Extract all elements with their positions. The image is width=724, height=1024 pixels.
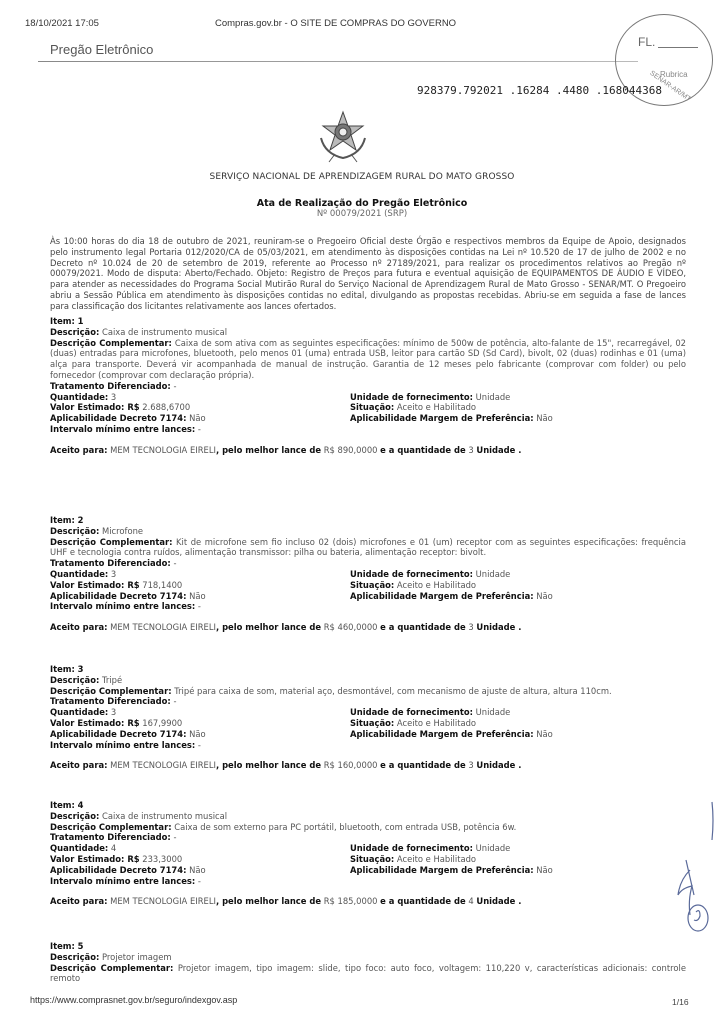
item-number-value: 2 [78, 515, 84, 525]
row-quantidade-left: Quantidade: 3 [50, 392, 350, 403]
quantidade-value: 3 [111, 392, 116, 402]
row-valor: Valor Estimado: R$ 233,3000Situação: Ace… [50, 854, 690, 865]
item-label: Item: [50, 941, 75, 951]
item-tratamento: Tratamento Diferenciado: - [50, 832, 690, 843]
descricao-value: Microfone [102, 526, 143, 536]
row-intervalo-left: Intervalo mínimo entre lances: - [50, 740, 350, 751]
row-aplicabilidade-right: Aplicabilidade Margem de Preferência: Nã… [350, 591, 680, 602]
valor_estimado-label: Valor Estimado: R$ [50, 580, 140, 590]
row-quantidade-right: Unidade de fornecimento: Unidade [350, 392, 680, 403]
aceito-para-label: Aceito para: [50, 622, 107, 632]
item-complementary-description: Descrição Complementar: Tripé para caixa… [50, 686, 686, 697]
tratamento-label: Tratamento Diferenciado: [50, 832, 171, 842]
situacao-label: Situação: [350, 854, 394, 864]
margem_preferencia-label: Aplicabilidade Margem de Preferência: [350, 865, 534, 875]
aceito-quantidade: 3 [468, 622, 473, 632]
tratamento-value: - [173, 696, 176, 706]
intervalo-value: - [198, 876, 201, 886]
row-valor-left: Valor Estimado: R$ 233,3000 [50, 854, 350, 865]
coat-of-arms-icon [315, 108, 371, 164]
situacao-label: Situação: [350, 580, 394, 590]
row-intervalo: Intervalo mínimo entre lances: - [50, 876, 690, 887]
row-intervalo-right [350, 424, 680, 435]
row-aplicabilidade-left: Aplicabilidade Decreto 7174: Não [50, 729, 350, 740]
row-valor-right: Situação: Aceito e Habilitado [350, 402, 680, 413]
item-block: Item: 3Descrição: TripéDescrição Complem… [50, 664, 690, 771]
aceito-lance: R$ 185,0000 [324, 896, 378, 906]
item-number-value: 3 [78, 664, 84, 674]
item-complementary-description: Descrição Complementar: Caixa de som ext… [50, 822, 686, 833]
item-tratamento: Tratamento Diferenciado: - [50, 558, 690, 569]
item-accepted-line: Aceito para: MEM TECNOLOGIA EIRELI, pelo… [50, 622, 690, 633]
print-datetime: 18/10/2021 17:05 [25, 18, 99, 29]
aceito-empresa: MEM TECNOLOGIA EIRELI [110, 760, 216, 770]
row-aplicabilidade-right: Aplicabilidade Margem de Preferência: Nã… [350, 729, 680, 740]
item-complementary-description: Descrição Complementar: Projetor imagem,… [50, 963, 686, 985]
row-quantidade: Quantidade: 3Unidade de fornecimento: Un… [50, 392, 690, 403]
row-aplicabilidade: Aplicabilidade Decreto 7174: NãoAplicabi… [50, 413, 690, 424]
item-tratamento: Tratamento Diferenciado: - [50, 381, 690, 392]
descricao-complementar-label: Descrição Complementar: [50, 537, 172, 547]
item-number: Item: 3 [50, 664, 690, 675]
unidade_fornecimento-label: Unidade de fornecimento: [350, 843, 473, 853]
margem_preferencia-label: Aplicabilidade Margem de Preferência: [350, 591, 534, 601]
situacao-value: Aceito e Habilitado [397, 580, 476, 590]
aplicabilidade_decreto-value: Não [189, 413, 206, 423]
item-description: Descrição: Microfone [50, 526, 690, 537]
aplicabilidade_decreto-label: Aplicabilidade Decreto 7174: [50, 865, 186, 875]
intro-paragraph: Às 10:00 horas do dia 18 de outubro de 2… [50, 236, 686, 312]
aceito-lance: R$ 890,0000 [324, 445, 378, 455]
valor_estimado-value: 718,1400 [142, 580, 182, 590]
margem_preferencia-value: Não [536, 591, 553, 601]
row-quantidade-right: Unidade de fornecimento: Unidade [350, 569, 680, 580]
row-intervalo-right [350, 876, 680, 887]
quantidade-label: e a quantidade de [380, 760, 466, 770]
quantidade-label: e a quantidade de [380, 445, 466, 455]
aplicabilidade_decreto-value: Não [189, 591, 206, 601]
unidade_fornecimento-value: Unidade [476, 707, 511, 717]
item-label: Item: [50, 316, 75, 326]
quantidade-label: Quantidade: [50, 707, 108, 717]
item-label: Item: [50, 515, 75, 525]
descricao-value: Tripé [102, 675, 122, 685]
row-quantidade-right: Unidade de fornecimento: Unidade [350, 843, 680, 854]
item-complementary-description: Descrição Complementar: Caixa de som ati… [50, 338, 686, 381]
quantidade-label: e a quantidade de [380, 622, 466, 632]
situacao-value: Aceito e Habilitado [397, 718, 476, 728]
row-aplicabilidade: Aplicabilidade Decreto 7174: NãoAplicabi… [50, 865, 690, 876]
item-description: Descrição: Projetor imagem [50, 952, 690, 963]
aplicabilidade_decreto-label: Aplicabilidade Decreto 7174: [50, 729, 186, 739]
quantidade-value: 4 [111, 843, 116, 853]
quantidade-label: Quantidade: [50, 843, 108, 853]
row-aplicabilidade: Aplicabilidade Decreto 7174: NãoAplicabi… [50, 729, 690, 740]
situacao-value: Aceito e Habilitado [397, 402, 476, 412]
intervalo-label: Intervalo mínimo entre lances: [50, 740, 195, 750]
row-quantidade: Quantidade: 3Unidade de fornecimento: Un… [50, 707, 690, 718]
row-valor-right: Situação: Aceito e Habilitado [350, 718, 680, 729]
item-number: Item: 4 [50, 800, 690, 811]
descricao-complementar-value: Tripé para caixa de som, material aço, d… [174, 686, 611, 696]
item-tratamento: Tratamento Diferenciado: - [50, 696, 690, 707]
row-aplicabilidade-left: Aplicabilidade Decreto 7174: Não [50, 413, 350, 424]
row-quantidade-right: Unidade de fornecimento: Unidade [350, 707, 680, 718]
print-header: 18/10/2021 17:05 Compras.gov.br - O SITE… [0, 18, 724, 32]
aceito-lance: R$ 460,0000 [324, 622, 378, 632]
aceito-lance: R$ 160,0000 [324, 760, 378, 770]
row-aplicabilidade-right: Aplicabilidade Margem de Preferência: Nã… [350, 865, 680, 876]
intervalo-value: - [198, 424, 201, 434]
melhor-lance-label: , pelo melhor lance de [216, 445, 321, 455]
aceito-para-label: Aceito para: [50, 760, 107, 770]
organization-name: SERVIÇO NACIONAL DE APRENDIZAGEM RURAL D… [0, 172, 724, 182]
item-complementary-description: Descrição Complementar: Kit de microfone… [50, 537, 686, 559]
item-label: Item: [50, 800, 75, 810]
descricao-value: Caixa de instrumento musical [102, 327, 227, 337]
item-number-value: 5 [78, 941, 84, 951]
tratamento-label: Tratamento Diferenciado: [50, 558, 171, 568]
aceito-empresa: MEM TECNOLOGIA EIRELI [110, 445, 216, 455]
quantidade-label: e a quantidade de [380, 896, 466, 906]
unidade_fornecimento-value: Unidade [476, 392, 511, 402]
valor_estimado-value: 2.688,6700 [142, 402, 190, 412]
row-valor-left: Valor Estimado: R$ 718,1400 [50, 580, 350, 591]
row-quantidade: Quantidade: 4Unidade de fornecimento: Un… [50, 843, 690, 854]
margem_preferencia-value: Não [536, 729, 553, 739]
tratamento-value: - [173, 832, 176, 842]
item-number: Item: 5 [50, 941, 690, 952]
title-divider [38, 61, 638, 62]
ata-number: Nº 00079/2021 (SRP) [0, 209, 724, 219]
item-number-value: 4 [78, 800, 84, 810]
tratamento-label: Tratamento Diferenciado: [50, 381, 171, 391]
ata-title: Ata de Realização do Pregão Eletrônico [0, 198, 724, 209]
row-intervalo-right [350, 740, 680, 751]
melhor-lance-label: , pelo melhor lance de [216, 760, 321, 770]
item-description: Descrição: Caixa de instrumento musical [50, 327, 690, 338]
aceito-para-label: Aceito para: [50, 896, 107, 906]
quantidade-label: Quantidade: [50, 569, 108, 579]
intervalo-label: Intervalo mínimo entre lances: [50, 601, 195, 611]
item-number: Item: 2 [50, 515, 690, 526]
row-quantidade-left: Quantidade: 3 [50, 707, 350, 718]
document-code: 928379.792021 .16284 .4480 .168044368 [0, 84, 662, 97]
quantidade-value: 3 [111, 569, 116, 579]
row-intervalo-left: Intervalo mínimo entre lances: - [50, 424, 350, 435]
row-valor: Valor Estimado: R$ 718,1400Situação: Ace… [50, 580, 690, 591]
item-block: Item: 2Descrição: MicrofoneDescrição Com… [50, 515, 690, 633]
unidade-suffix: Unidade . [476, 896, 521, 906]
row-quantidade-left: Quantidade: 3 [50, 569, 350, 580]
page-number: 1/16 [672, 997, 689, 1007]
row-intervalo-left: Intervalo mínimo entre lances: - [50, 601, 350, 612]
descricao-label: Descrição: [50, 952, 99, 962]
row-quantidade-left: Quantidade: 4 [50, 843, 350, 854]
row-intervalo-left: Intervalo mínimo entre lances: - [50, 876, 350, 887]
unidade_fornecimento-label: Unidade de fornecimento: [350, 392, 473, 402]
descricao-complementar-label: Descrição Complementar: [50, 963, 173, 973]
row-valor: Valor Estimado: R$ 2.688,6700Situação: A… [50, 402, 690, 413]
unidade_fornecimento-label: Unidade de fornecimento: [350, 707, 473, 717]
intervalo-value: - [198, 601, 201, 611]
row-aplicabilidade-right: Aplicabilidade Margem de Preferência: Nã… [350, 413, 680, 424]
unidade_fornecimento-value: Unidade [476, 843, 511, 853]
intervalo-label: Intervalo mínimo entre lances: [50, 876, 195, 886]
unidade_fornecimento-label: Unidade de fornecimento: [350, 569, 473, 579]
stamp-fl-label: FL. [638, 35, 655, 49]
descricao-complementar-label: Descrição Complementar: [50, 338, 172, 348]
section-title: Pregão Eletrônico [50, 42, 153, 57]
row-valor-right: Situação: Aceito e Habilitado [350, 854, 680, 865]
row-aplicabilidade-left: Aplicabilidade Decreto 7174: Não [50, 865, 350, 876]
tratamento-value: - [173, 381, 176, 391]
margem_preferencia-label: Aplicabilidade Margem de Preferência: [350, 729, 534, 739]
item-number-value: 1 [78, 316, 84, 326]
row-intervalo: Intervalo mínimo entre lances: - [50, 424, 690, 435]
tratamento-value: - [173, 558, 176, 568]
stamp-fl-line [658, 47, 698, 48]
descricao-complementar-label: Descrição Complementar: [50, 822, 172, 832]
unidade-suffix: Unidade . [476, 622, 521, 632]
situacao-label: Situação: [350, 718, 394, 728]
item-accepted-line: Aceito para: MEM TECNOLOGIA EIRELI, pelo… [50, 445, 690, 456]
item-description: Descrição: Tripé [50, 675, 690, 686]
item-description: Descrição: Caixa de instrumento musical [50, 811, 690, 822]
descricao-label: Descrição: [50, 327, 99, 337]
site-title: Compras.gov.br - O SITE DE COMPRAS DO GO… [215, 18, 456, 29]
situacao-label: Situação: [350, 402, 394, 412]
handwritten-signature [660, 800, 720, 940]
intervalo-label: Intervalo mínimo entre lances: [50, 424, 195, 434]
item-label: Item: [50, 664, 75, 674]
row-valor-left: Valor Estimado: R$ 167,9900 [50, 718, 350, 729]
descricao-label: Descrição: [50, 675, 99, 685]
aplicabilidade_decreto-value: Não [189, 729, 206, 739]
descricao-complementar-value: Caixa de som externo para PC portátil, b… [174, 822, 516, 832]
margem_preferencia-value: Não [536, 865, 553, 875]
situacao-value: Aceito e Habilitado [397, 854, 476, 864]
footer-url: https://www.comprasnet.gov.br/seguro/ind… [30, 995, 237, 1005]
aceito-empresa: MEM TECNOLOGIA EIRELI [110, 622, 216, 632]
item-block: Item: 4Descrição: Caixa de instrumento m… [50, 800, 690, 907]
row-intervalo-right [350, 601, 680, 612]
intervalo-value: - [198, 740, 201, 750]
row-intervalo: Intervalo mínimo entre lances: - [50, 601, 690, 612]
row-quantidade: Quantidade: 3Unidade de fornecimento: Un… [50, 569, 690, 580]
aplicabilidade_decreto-value: Não [189, 865, 206, 875]
row-valor: Valor Estimado: R$ 167,9900Situação: Ace… [50, 718, 690, 729]
tratamento-label: Tratamento Diferenciado: [50, 696, 171, 706]
aplicabilidade_decreto-label: Aplicabilidade Decreto 7174: [50, 591, 186, 601]
unidade-suffix: Unidade . [476, 445, 521, 455]
melhor-lance-label: , pelo melhor lance de [216, 622, 321, 632]
unidade_fornecimento-value: Unidade [476, 569, 511, 579]
row-valor-left: Valor Estimado: R$ 2.688,6700 [50, 402, 350, 413]
aceito-quantidade: 3 [468, 445, 473, 455]
row-aplicabilidade-left: Aplicabilidade Decreto 7174: Não [50, 591, 350, 602]
aplicabilidade_decreto-label: Aplicabilidade Decreto 7174: [50, 413, 186, 423]
quantidade-label: Quantidade: [50, 392, 108, 402]
item-accepted-line: Aceito para: MEM TECNOLOGIA EIRELI, pelo… [50, 760, 690, 771]
item-block: Item: 5Descrição: Projetor imagemDescriç… [50, 941, 690, 984]
valor_estimado-value: 233,3000 [142, 854, 182, 864]
margem_preferencia-value: Não [536, 413, 553, 423]
row-valor-right: Situação: Aceito e Habilitado [350, 580, 680, 591]
margem_preferencia-label: Aplicabilidade Margem de Preferência: [350, 413, 534, 423]
descricao-label: Descrição: [50, 526, 99, 536]
aceito-empresa: MEM TECNOLOGIA EIRELI [110, 896, 216, 906]
aceito-quantidade: 4 [468, 896, 473, 906]
item-number: Item: 1 [50, 316, 690, 327]
descricao-value: Projetor imagem [102, 952, 172, 962]
unidade-suffix: Unidade . [476, 760, 521, 770]
row-aplicabilidade: Aplicabilidade Decreto 7174: NãoAplicabi… [50, 591, 690, 602]
aceito-para-label: Aceito para: [50, 445, 107, 455]
row-intervalo: Intervalo mínimo entre lances: - [50, 740, 690, 751]
quantidade-value: 3 [111, 707, 116, 717]
valor_estimado-value: 167,9900 [142, 718, 182, 728]
item-block: Item: 1Descrição: Caixa de instrumento m… [50, 316, 690, 456]
descricao-value: Caixa de instrumento musical [102, 811, 227, 821]
valor_estimado-label: Valor Estimado: R$ [50, 718, 140, 728]
melhor-lance-label: , pelo melhor lance de [216, 896, 321, 906]
valor_estimado-label: Valor Estimado: R$ [50, 854, 140, 864]
item-accepted-line: Aceito para: MEM TECNOLOGIA EIRELI, pelo… [50, 896, 690, 907]
descricao-complementar-label: Descrição Complementar: [50, 686, 172, 696]
descricao-label: Descrição: [50, 811, 99, 821]
valor_estimado-label: Valor Estimado: R$ [50, 402, 140, 412]
aceito-quantidade: 3 [468, 760, 473, 770]
